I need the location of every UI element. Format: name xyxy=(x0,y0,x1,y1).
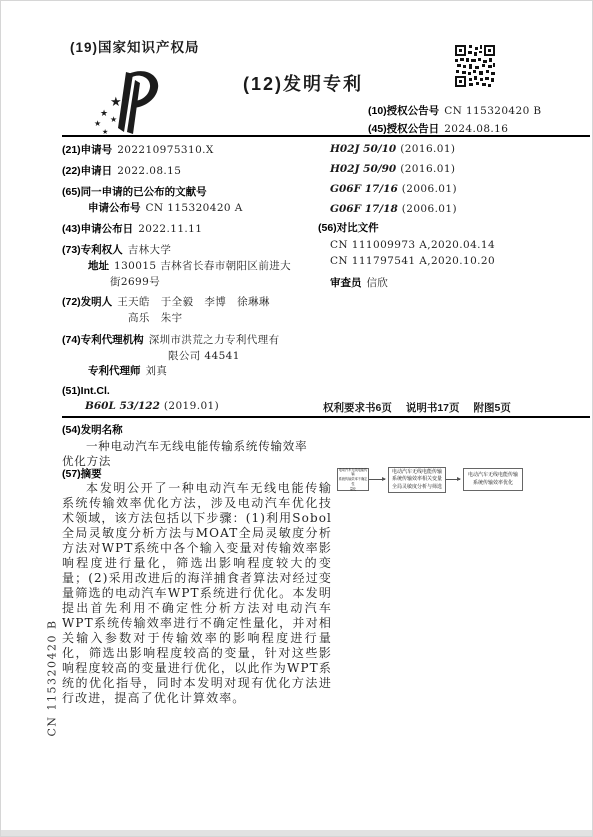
publication-date-line: (43)申请公布日2022.11.11 xyxy=(62,223,202,237)
ipc-year: (2016.01) xyxy=(400,143,455,155)
citations-label: (56)对比文件 xyxy=(318,222,379,234)
grant-number-line: (10)授权公告号CN 115320420 B xyxy=(368,103,542,118)
application-number-label: (21)申请号 xyxy=(62,144,112,156)
inventors-value-1: 王天皓 于全毅 李博 徐琳琳 xyxy=(117,296,270,308)
grant-number-label: (10)授权公告号 xyxy=(368,105,439,117)
intcl-line: (51)Int.Cl. xyxy=(62,385,115,399)
ipc-main-code: B60L 53/122 xyxy=(85,400,160,412)
invention-title-line-2: 优化方法 xyxy=(62,453,111,469)
side-document-code: CN 115320420 B xyxy=(46,619,59,736)
ipc-item-line: H02J 50/10(2016.01) xyxy=(330,143,455,157)
publication-number-value: CN 115320420 A xyxy=(146,202,243,214)
agency-line-1: (74)专利代理机构深圳市洪荒之力专利代理有 xyxy=(62,334,280,348)
inventors-label: (72)发明人 xyxy=(62,296,112,308)
examiner-value: 信欣 xyxy=(367,277,389,289)
citations-header-line: (56)对比文件 xyxy=(318,222,384,236)
abstract-flowchart: 电动汽车无线电能传输 系统传输效率不确定性 量化 电动汽车无线电能传输 系统传输… xyxy=(335,455,535,501)
agent-line: 专利代理师刘真 xyxy=(88,365,167,379)
inventors-value-2: 高乐 朱宇 xyxy=(128,312,183,324)
ipc-item-line: H02J 50/90(2016.01) xyxy=(330,163,455,177)
grant-number-value: CN 115320420 B xyxy=(444,105,541,117)
flowchart-arrow xyxy=(369,479,385,480)
application-number-line: (21)申请号202210975310.X xyxy=(62,144,214,158)
patentee-line: (73)专利权人吉林大学 xyxy=(62,244,171,258)
citation-line: CN 111009973 A,2020.04.14 xyxy=(330,239,495,253)
flowchart-box-sensitivity: 电动汽车无线电能传输 系统传输效率相关变量 全局灵敏度分析与筛选 xyxy=(388,467,446,493)
agency-line-2: 限公司 44541 xyxy=(168,350,240,364)
address-value-2: 街2699号 xyxy=(110,276,160,288)
cnipa-logo: ★ ★ ★ ★ ★ xyxy=(88,68,166,138)
examiner-line: 审查员信欣 xyxy=(330,277,388,291)
patent-office-name: (19)国家知识产权局 xyxy=(70,36,200,56)
abstract-text: 本发明公开了一种电动汽车无线电能传输系统传输效率优化方法，涉及电动汽车优化技术领… xyxy=(62,481,332,706)
inventors-line-1: (72)发明人王天皓 于全毅 李博 徐琳琳 xyxy=(62,296,270,310)
agent-label: 专利代理师 xyxy=(88,365,141,377)
ipc-main-year: (2019.01) xyxy=(164,400,219,412)
claims-pages: 权利要求书6页 xyxy=(323,400,392,415)
publication-number-label: 申请公布号 xyxy=(88,202,141,214)
grant-date-line: (45)授权公告日2024.08.16 xyxy=(368,121,508,136)
svg-text:★: ★ xyxy=(110,94,122,109)
citation-line: CN 111797541 A,2020.10.20 xyxy=(330,255,495,269)
application-date-value: 2022.08.15 xyxy=(117,165,181,177)
svg-text:★: ★ xyxy=(110,115,117,124)
patentee-label: (73)专利权人 xyxy=(62,244,123,256)
publication-date-label: (43)申请公布日 xyxy=(62,223,133,235)
flowchart-arrow xyxy=(446,479,460,480)
agency-value-2: 限公司 44541 xyxy=(168,350,240,362)
publication-date-value: 2022.11.11 xyxy=(138,223,202,235)
address-line-1: 地址130015 吉林省长春市朝阳区前进大 xyxy=(88,260,291,274)
grant-date-label: (45)授权公告日 xyxy=(368,123,439,135)
abstract-label: (57)摘要 xyxy=(62,468,102,480)
qr-code xyxy=(455,45,495,87)
flowchart-box-uncertainty: 电动汽车无线电能传输 系统传输效率不确定性 量化 xyxy=(337,468,369,491)
invention-title-line-1: 一种电动汽车无线电能传输系统传输效率 xyxy=(86,438,307,454)
agent-value: 刘真 xyxy=(146,365,168,377)
application-number-value: 202210975310.X xyxy=(117,144,214,156)
ipc-code: H02J 50/90 xyxy=(330,163,396,175)
ipc-year: (2006.01) xyxy=(402,183,457,195)
cnipa-logo-graphic: ★ ★ ★ ★ ★ xyxy=(88,68,166,138)
page-counts: 权利要求书6页 说明书17页 附图5页 xyxy=(323,400,511,415)
agency-label: (74)专利代理机构 xyxy=(62,334,144,346)
inventors-line-2: 高乐 朱宇 xyxy=(128,312,183,326)
ipc-code: G06F 17/16 xyxy=(330,183,398,195)
section-divider xyxy=(62,416,590,418)
application-date-line: (22)申请日2022.08.15 xyxy=(62,165,181,179)
svg-text:★: ★ xyxy=(94,119,101,128)
citation-value: CN 111797541 A,2020.10.20 xyxy=(330,255,495,267)
intcl-label: (51)Int.Cl. xyxy=(62,385,110,397)
address-line-2: 街2699号 xyxy=(110,276,160,290)
prior-publication-line: (65)同一申请的已公布的文献号 xyxy=(62,186,212,200)
description-pages: 说明书17页 xyxy=(406,400,460,415)
header-divider xyxy=(62,135,590,137)
flowchart-box-optimization: 电动汽车无线电能传输 系统传输效率优化 xyxy=(463,468,523,491)
ipc-item-line: G06F 17/18(2006.01) xyxy=(330,203,457,217)
patent-front-page: (19)国家知识产权局 ★ ★ ★ ★ ★ (12)发明专利 xyxy=(0,0,593,837)
document-type-title: (12)发明专利 xyxy=(243,70,363,96)
application-date-label: (22)申请日 xyxy=(62,165,112,177)
svg-text:★: ★ xyxy=(100,108,108,118)
address-label: 地址 xyxy=(88,260,109,272)
ipc-year: (2006.01) xyxy=(402,203,457,215)
examiner-label: 审查员 xyxy=(330,277,362,289)
ipc-code: H02J 50/10 xyxy=(330,143,396,155)
grant-date-value: 2024.08.16 xyxy=(444,123,508,135)
publication-number-line: 申请公布号CN 115320420 A xyxy=(88,202,243,216)
ipc-code: G06F 17/18 xyxy=(330,203,398,215)
invention-title-header: (54)发明名称 xyxy=(62,424,128,438)
ipc-main-line: B60L 53/122(2019.01) xyxy=(85,400,219,414)
drawings-pages: 附图5页 xyxy=(474,400,511,415)
invention-title-label: (54)发明名称 xyxy=(62,424,123,436)
address-value-1: 130015 吉林省长春市朝阳区前进大 xyxy=(114,260,291,272)
citation-value: CN 111009973 A,2020.04.14 xyxy=(330,239,495,251)
patentee-value: 吉林大学 xyxy=(128,244,172,256)
abstract-header: (57)摘要 xyxy=(62,468,107,482)
prior-publication-label: (65)同一申请的已公布的文献号 xyxy=(62,186,207,198)
agency-value-1: 深圳市洪荒之力专利代理有 xyxy=(149,334,280,346)
ipc-item-line: G06F 17/16(2006.01) xyxy=(330,183,457,197)
ipc-year: (2016.01) xyxy=(400,163,455,175)
